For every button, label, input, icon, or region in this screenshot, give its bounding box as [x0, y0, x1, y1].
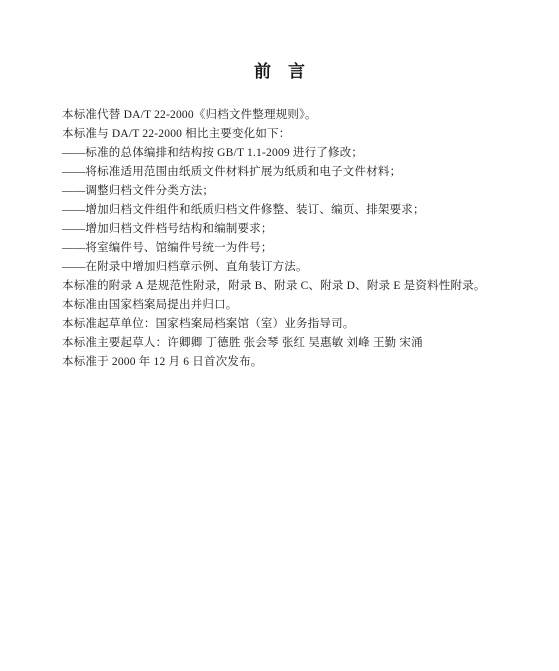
change-item-4: ——增加归档文件组件和纸质归档文件修整、装订、编页、排架要求； [62, 201, 521, 220]
preface-body: 本标准代替 DA/T 22-2000《归档文件整理规则》。 本标准与 DA/T … [0, 106, 559, 372]
para-changes-intro: 本标准与 DA/T 22-2000 相比主要变化如下： [62, 125, 521, 144]
para-supersedes: 本标准代替 DA/T 22-2000《归档文件整理规则》。 [62, 106, 521, 125]
para-drafters: 本标准主要起草人：许卿卿 丁德胜 张会琴 张红 吴惠敏 刘峰 王勤 宋涌 [62, 334, 521, 353]
page-title: 前 言 [0, 0, 559, 82]
para-drafting-org: 本标准起草单位：国家档案局档案馆（室）业务指导司。 [62, 315, 521, 334]
change-item-2: ——将标准适用范围由纸质文件材料扩展为纸质和电子文件材料； [62, 163, 521, 182]
para-first-issued: 本标准于 2000 年 12 月 6 日首次发布。 [62, 353, 521, 372]
para-appendices: 本标准的附录 A 是规范性附录，附录 B、附录 C、附录 D、附录 E 是资料性… [62, 277, 521, 296]
change-item-3: ——调整归档文件分类方法； [62, 182, 521, 201]
change-item-6: ——将室编件号、馆编件号统一为件号； [62, 239, 521, 258]
change-item-7: ——在附录中增加归档章示例、直角装订方法。 [62, 258, 521, 277]
change-item-1: ——标准的总体编排和结构按 GB/T 1.1-2009 进行了修改； [62, 144, 521, 163]
para-proposed-by: 本标准由国家档案局提出并归口。 [62, 296, 521, 315]
change-item-5: ——增加归档文件档号结构和编制要求； [62, 220, 521, 239]
document-page: 前 言 本标准代替 DA/T 22-2000《归档文件整理规则》。 本标准与 D… [0, 0, 559, 671]
